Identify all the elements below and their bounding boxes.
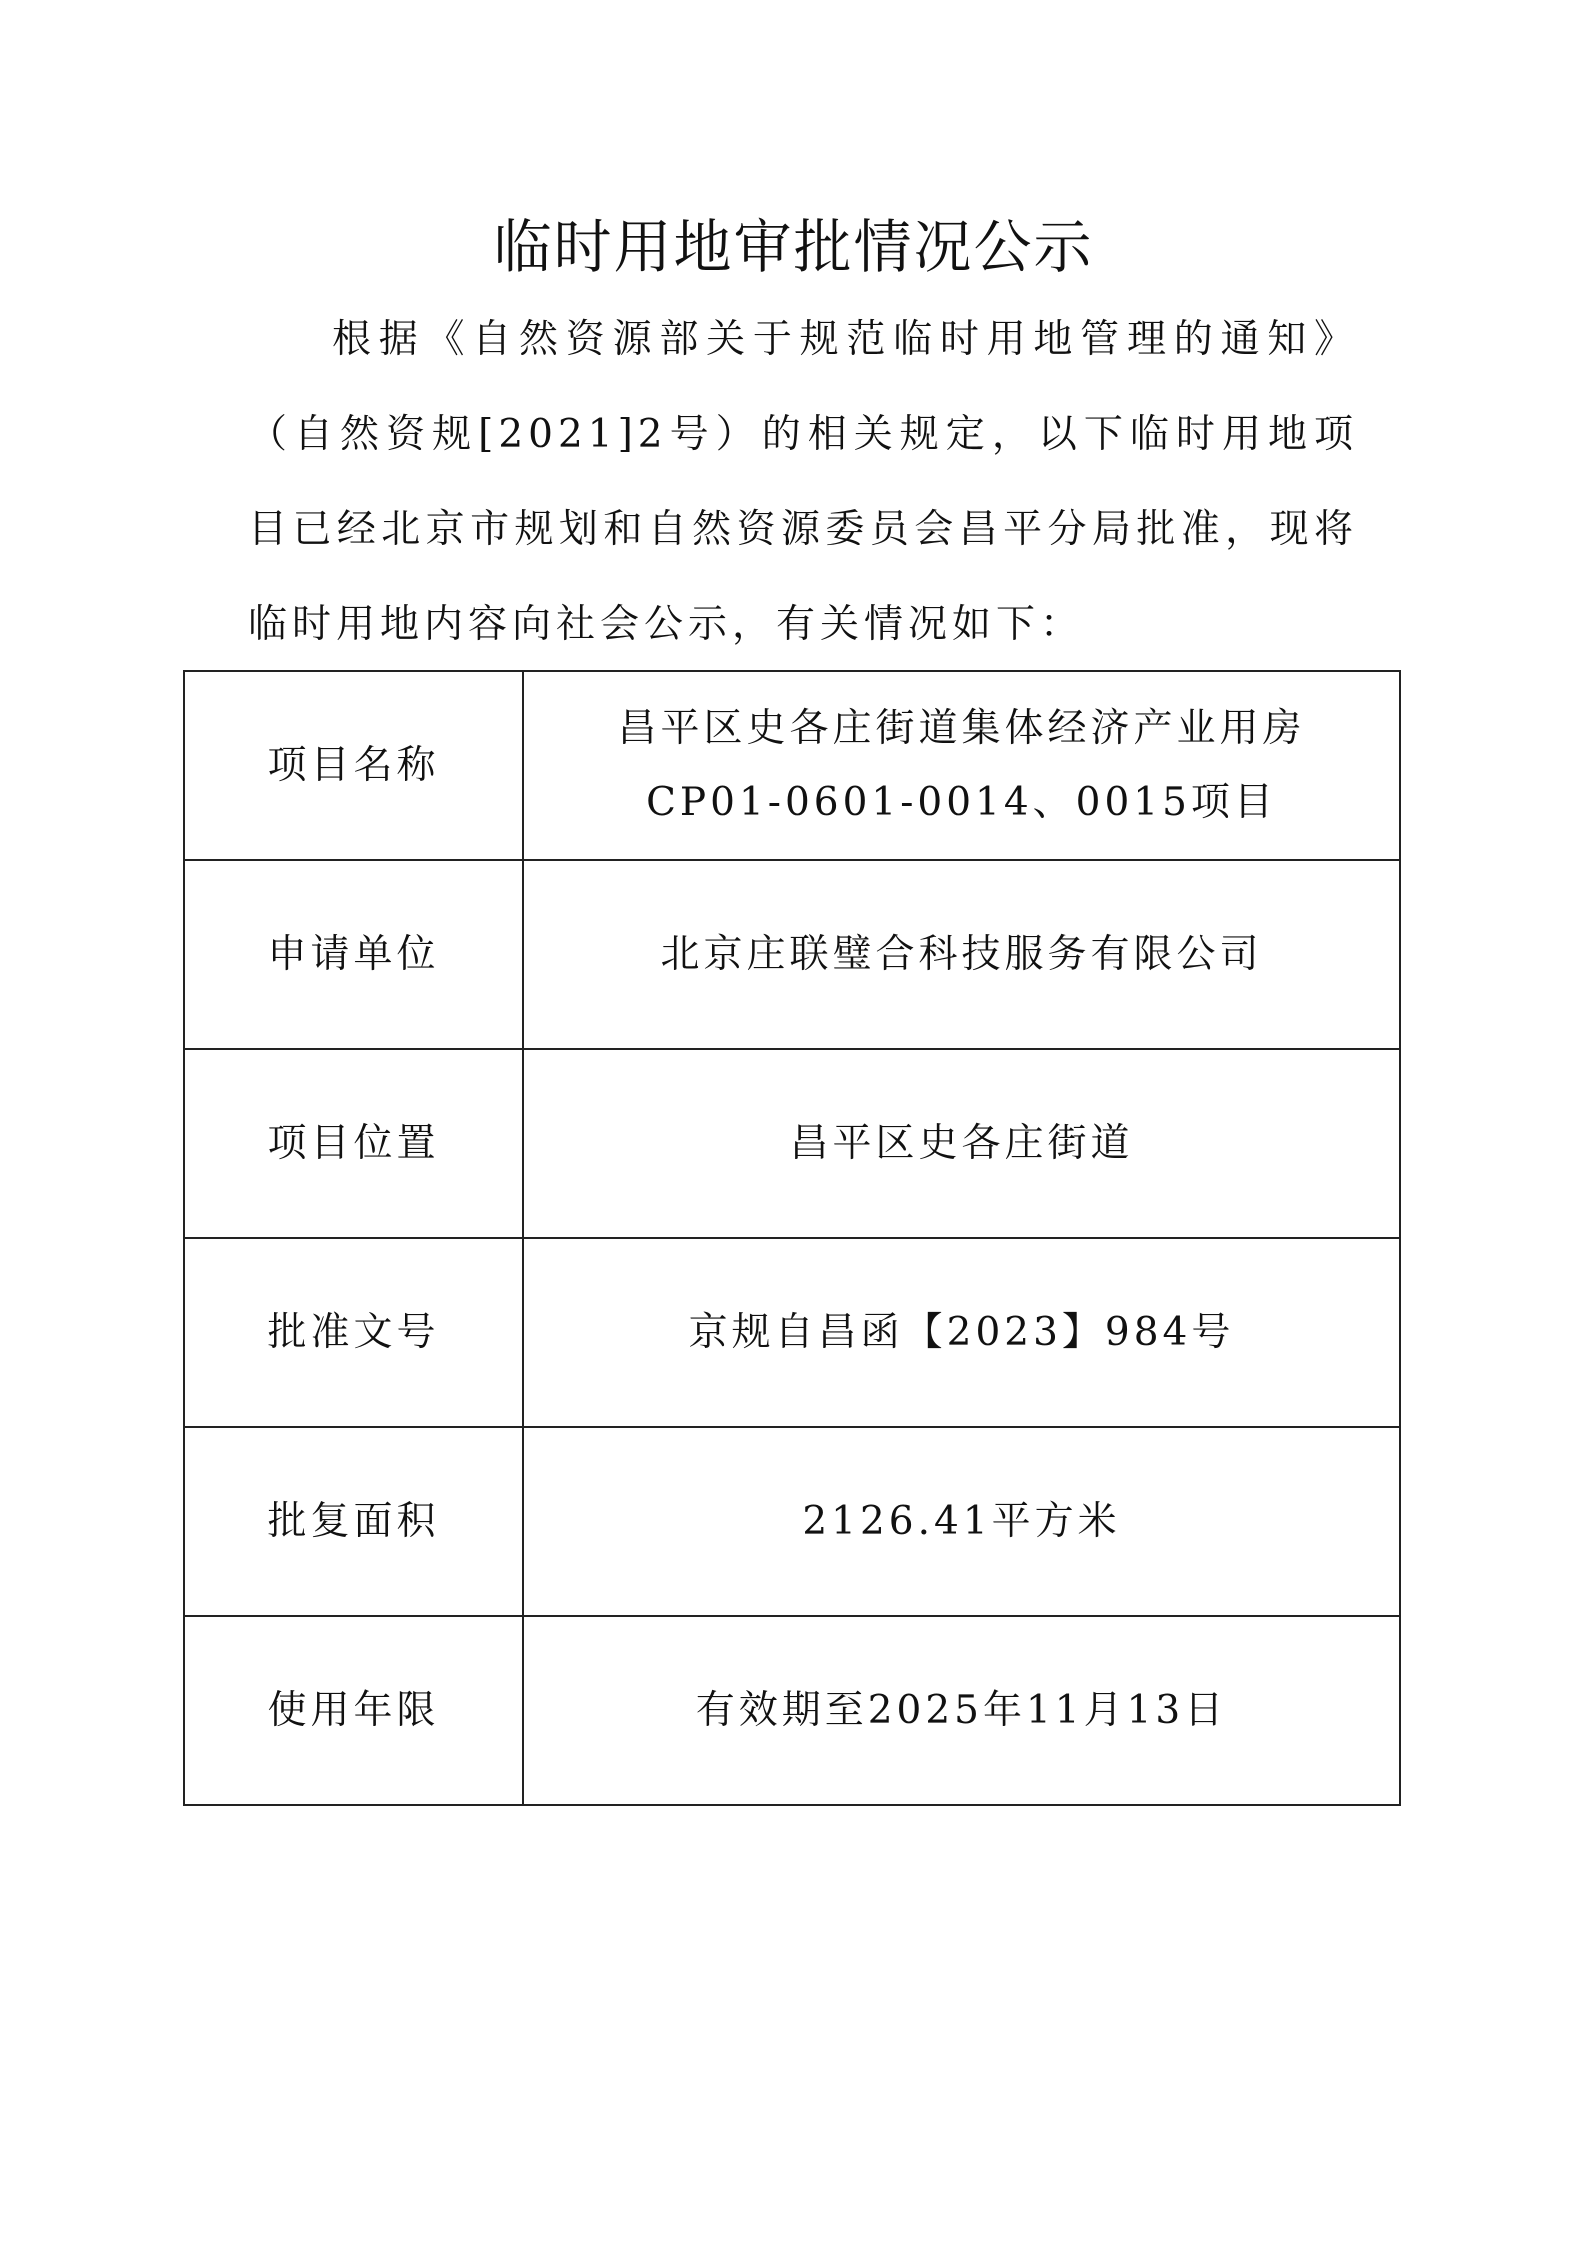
table-row: 批复面积 2126.41平方米 [184,1427,1400,1616]
row-label: 项目名称 [184,671,523,860]
approval-info-table: 项目名称 昌平区史各庄街道集体经济产业用房 CP01-0601-0014、001… [183,670,1401,1806]
row-value-line: 昌平区史各庄街道集体经济产业用房 [524,699,1399,759]
table-row: 批准文号 京规自昌函【2023】984号 [184,1238,1400,1427]
document-title: 临时用地审批情况公示 [0,200,1587,284]
row-value: 2126.41平方米 [523,1427,1400,1616]
row-value-line: CP01-0601-0014、0015项目 [524,773,1399,833]
row-label: 申请单位 [184,860,523,1049]
table-row: 项目位置 昌平区史各庄街道 [184,1049,1400,1238]
intro-paragraph: 根据《自然资源部关于规范临时用地管理的通知》（自然资规[2021]2号）的相关规… [248,292,1358,672]
table-row: 使用年限 有效期至2025年11月13日 [184,1616,1400,1805]
row-value: 昌平区史各庄街道 [523,1049,1400,1238]
row-label: 批复面积 [184,1427,523,1616]
row-label: 项目位置 [184,1049,523,1238]
row-value: 北京庄联璧合科技服务有限公司 [523,860,1400,1049]
table-row: 项目名称 昌平区史各庄街道集体经济产业用房 CP01-0601-0014、001… [184,671,1400,860]
row-value: 昌平区史各庄街道集体经济产业用房 CP01-0601-0014、0015项目 [523,671,1400,860]
table-row: 申请单位 北京庄联璧合科技服务有限公司 [184,860,1400,1049]
row-label: 使用年限 [184,1616,523,1805]
row-label: 批准文号 [184,1238,523,1427]
row-value: 京规自昌函【2023】984号 [523,1238,1400,1427]
row-value: 有效期至2025年11月13日 [523,1616,1400,1805]
